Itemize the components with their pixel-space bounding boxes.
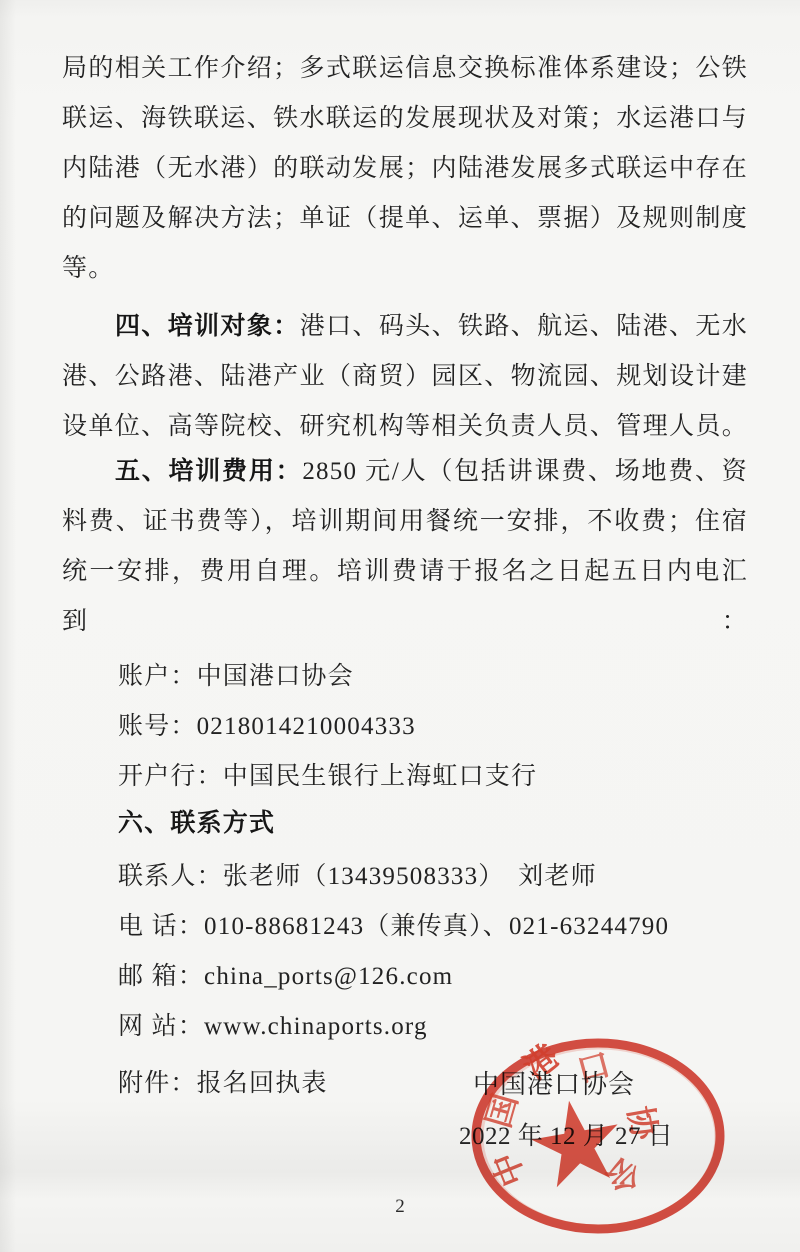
- contact-person: 联系人：张老师（13439508333） 刘老师: [62, 852, 748, 902]
- contact-phone: 电 话：010-88681243（兼传真）、021-63244790: [62, 902, 748, 952]
- section4-text: 港口、码头、铁路、航运、陆港、无水: [300, 313, 748, 340]
- section5-heading: 五、培训费用：: [115, 458, 302, 485]
- intro-line-5: 等。: [62, 244, 748, 294]
- bank-account-name: 账户：中国港口协会: [62, 652, 748, 702]
- signature-org: 中国港口协会: [473, 1071, 635, 1099]
- bank-branch: 开户行：中国民生银行上海虹口支行: [62, 752, 748, 802]
- signature-date: 2022 年 12 月 27 日: [459, 1123, 673, 1151]
- section4-line-2: 港、公路港、陆港产业（商贸）园区、物流园、规划设计建: [62, 352, 748, 402]
- seal-char: 中: [486, 1147, 533, 1191]
- section5-text: 2850 元/人（包括讲课费、场地费、资: [302, 458, 748, 485]
- section4-heading: 四、培训对象：: [115, 313, 300, 340]
- contact-website: 网 站：www.chinaports.org: [62, 1002, 748, 1052]
- section6-heading: 六、联系方式: [62, 799, 748, 849]
- document-body: 局的相关工作介绍；多式联运信息交换标准体系建设；公铁 联运、海铁联运、铁水联运的…: [62, 44, 748, 1109]
- section5-line-2: 料费、证书费等），培训期间用餐统一安排，不收费；住宿: [62, 497, 748, 547]
- contact-email: 邮 箱：china_ports@126.com: [62, 952, 748, 1002]
- scanned-document-page: 局的相关工作介绍；多式联运信息交换标准体系建设；公铁 联运、海铁联运、铁水联运的…: [0, 0, 800, 1252]
- intro-line-4: 的问题及解决方法；单证（提单、运单、票据）及规则制度: [62, 194, 748, 244]
- bank-account-number: 账号：0218014210004333: [62, 702, 748, 752]
- section4-line-3: 设单位、高等院校、研究机构等相关负责人员、管理人员。: [62, 402, 748, 452]
- intro-line-2: 联运、海铁联运、铁水联运的发展现状及对策；水运港口与: [62, 94, 748, 144]
- intro-line-1: 局的相关工作介绍；多式联运信息交换标准体系建设；公铁: [62, 44, 748, 94]
- section5-line-3: 统一安排，费用自理。培训费请于报名之日起五日内电汇到：: [62, 547, 748, 647]
- page-number: 2: [0, 1196, 800, 1218]
- section5-line-1: 五、培训费用：2850 元/人（包括讲课费、场地费、资: [62, 447, 748, 497]
- seal-char: 会: [598, 1150, 647, 1200]
- attachment-line: 附件：报名回执表: [62, 1059, 748, 1109]
- intro-line-3: 内陆港（无水港）的联动发展；内陆港发展多式联运中存在: [62, 144, 748, 194]
- section4-line-1: 四、培训对象：港口、码头、铁路、航运、陆港、无水: [62, 302, 748, 352]
